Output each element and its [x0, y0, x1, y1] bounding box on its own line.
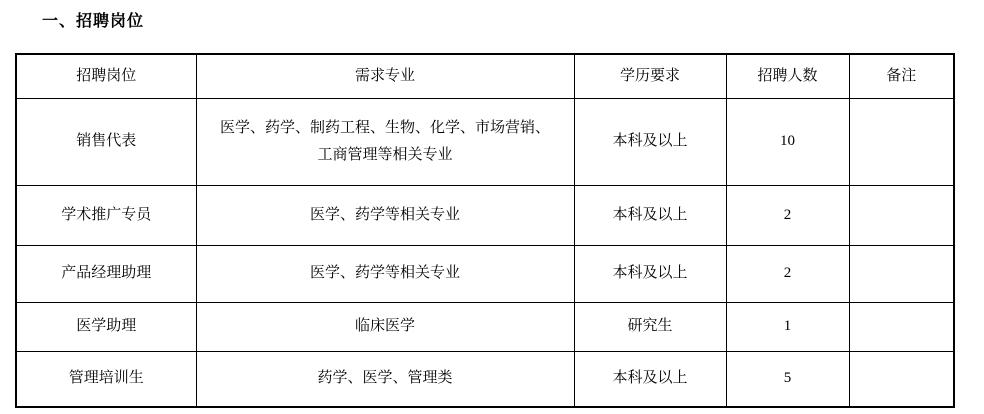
cell-position: 管理培训生 — [16, 351, 196, 407]
table-header-row: 招聘岗位 需求专业 学历要求 招聘人数 备注 — [16, 54, 954, 98]
cell-headcount: 10 — [726, 98, 849, 185]
cell-notes — [849, 245, 954, 302]
cell-education: 本科及以上 — [574, 245, 726, 302]
header-education: 学历要求 — [574, 54, 726, 98]
table-row: 产品经理助理 医学、药学等相关专业 本科及以上 2 — [16, 245, 954, 302]
header-position: 招聘岗位 — [16, 54, 196, 98]
cell-notes — [849, 98, 954, 185]
cell-notes — [849, 185, 954, 245]
cell-education: 本科及以上 — [574, 351, 726, 407]
document-page: 一、招聘岗位 招聘岗位 需求专业 学历要求 招聘人数 备注 销售代表 医学、药学… — [0, 0, 984, 414]
cell-majors: 医学、药学、制药工程、生物、化学、市场营销、 工商管理等相关专业 — [196, 98, 574, 185]
cell-headcount: 5 — [726, 351, 849, 407]
cell-position: 产品经理助理 — [16, 245, 196, 302]
cell-headcount: 1 — [726, 302, 849, 351]
cell-headcount: 2 — [726, 185, 849, 245]
table-row: 医学助理 临床医学 研究生 1 — [16, 302, 954, 351]
section-heading: 一、招聘岗位 — [42, 8, 144, 31]
header-headcount: 招聘人数 — [726, 54, 849, 98]
cell-notes — [849, 302, 954, 351]
table-row: 管理培训生 药学、医学、管理类 本科及以上 5 — [16, 351, 954, 407]
header-notes: 备注 — [849, 54, 954, 98]
table-row: 学术推广专员 医学、药学等相关专业 本科及以上 2 — [16, 185, 954, 245]
header-majors: 需求专业 — [196, 54, 574, 98]
cell-headcount: 2 — [726, 245, 849, 302]
cell-education: 研究生 — [574, 302, 726, 351]
cell-majors: 医学、药学等相关专业 — [196, 245, 574, 302]
cell-education: 本科及以上 — [574, 185, 726, 245]
cell-majors: 药学、医学、管理类 — [196, 351, 574, 407]
cell-majors: 医学、药学等相关专业 — [196, 185, 574, 245]
cell-majors: 临床医学 — [196, 302, 574, 351]
cell-education: 本科及以上 — [574, 98, 726, 185]
cell-position: 学术推广专员 — [16, 185, 196, 245]
recruitment-table: 招聘岗位 需求专业 学历要求 招聘人数 备注 销售代表 医学、药学、制药工程、生… — [15, 53, 955, 408]
cell-position: 医学助理 — [16, 302, 196, 351]
table-row: 销售代表 医学、药学、制药工程、生物、化学、市场营销、 工商管理等相关专业 本科… — [16, 98, 954, 185]
cell-notes — [849, 351, 954, 407]
cell-position: 销售代表 — [16, 98, 196, 185]
